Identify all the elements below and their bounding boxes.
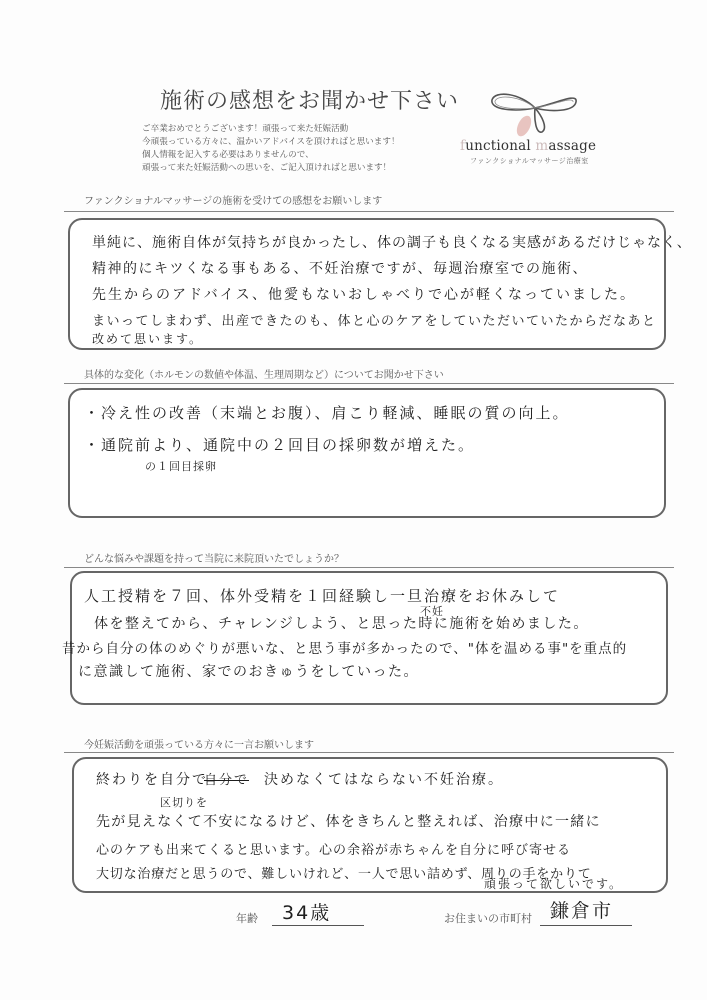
page-title: 施術の感想をお聞かせ下さい <box>160 84 459 115</box>
answer-3-line: に意識して施術、家でのおきゅうをしていった。 <box>78 661 419 681</box>
city-value: 鎌倉市 <box>550 896 613 923</box>
brand-subtitle: ファンクショナルマッサージ治療室 <box>470 156 589 166</box>
divider <box>64 383 674 384</box>
intro-line: 今頑張っている方々に、温かいアドバイスを頂ければと思います！ <box>142 136 482 149</box>
answer-4-line: 心のケアも出来てくると思います。心の余裕が赤ちゃんを自分に呼び寄せる <box>96 839 571 858</box>
answer-1-line: 単純に、施術自体が気持ちが良かったし、体の調子も良くなる実感があるだけじゃなく、 <box>92 232 692 252</box>
wordmark-dim: m <box>535 138 548 154</box>
answer-2-line: ・冷え性の改善（末端とお腹）、肩こり軽減、睡眠の質の向上。 <box>84 402 570 423</box>
age-underline <box>272 925 364 926</box>
answer-1-line: 改めて思います。 <box>92 330 203 347</box>
answer-2-line: ・通院前より、通院中の２回目の採卵数が増えた。 <box>84 434 475 455</box>
answer-box-4: 終わりを自分で 自分で 決めなくてはならない不妊治療。 区切りを 先が見えなくて… <box>72 757 668 893</box>
question-3-label: どんな悩みや課題を持って当院に来院頂いたでしょうか？ <box>84 550 344 565</box>
intro-line: ご卒業おめでとうございます！頑張って来た妊娠活動 <box>142 123 482 136</box>
answer-3-line: 体を整えてから、チャレンジしよう、と思った時に施術を始めました。 <box>94 613 589 633</box>
question-4-label: 今妊娠活動を頑張っている方々に一言お願いします <box>84 736 314 751</box>
divider <box>64 567 674 568</box>
answer-box-1: 単純に、施術自体が気持ちが良かったし、体の調子も良くなる実感があるだけじゃなく、… <box>68 218 666 350</box>
question-2-label: 具体的な変化（ホルモンの数値や体温、生理周期など）についてお聞かせ下さい <box>84 366 444 381</box>
answer-box-3: 人工授精を７回、体外受精を１回経験し一旦治療をお休みして 不妊 体を整えてから、… <box>70 571 668 705</box>
answer-4-insertion: 区切りを <box>160 794 208 810</box>
answer-box-2: ・冷え性の改善（末端とお腹）、肩こり軽減、睡眠の質の向上。 ・通院前より、通院中… <box>68 388 666 518</box>
brand-wordmark: functional massage <box>460 138 596 154</box>
answer-4-strikethrough: 自分で <box>204 769 249 788</box>
answer-3-line: 昔から自分の体のめぐりが悪いな、と思う事が多かったので、"体を温める事"を重点的 <box>62 637 627 657</box>
wordmark-end: assage <box>548 138 596 154</box>
intro-line: 個人情報を記入する必要はありませんので、 <box>142 149 482 162</box>
divider <box>64 752 674 753</box>
answer-2-insertion: の１回目採卵 <box>145 458 217 474</box>
divider <box>64 211 674 212</box>
answer-1-line: 先生からのアドバイス、他愛もないおしゃべりで心が軽くなっていました。 <box>92 284 636 304</box>
brand-logo: functional massage ファンクショナルマッサージ治療室 <box>460 88 630 168</box>
answer-3-line: 人工授精を７回、体外受精を１回経験し一旦治療をお休みして <box>84 585 560 606</box>
intro-line: 頑張って来た妊娠活動への思いを、ご記入頂ければと思います！ <box>142 162 482 175</box>
city-underline <box>540 925 632 926</box>
ribbon-logo-icon <box>480 88 590 138</box>
questionnaire-page: 施術の感想をお聞かせ下さい ご卒業おめでとうございます！頑張って来た妊娠活動 今… <box>0 0 707 1000</box>
age-value: 34歳 <box>282 898 331 925</box>
answer-4-line: 先が見えなくて不安になるけど、体をきちんと整えれば、治療中に一緒に <box>96 811 601 831</box>
answer-1-line: まいってしまわず、出産できたのも、体と心のケアをしていただいていたからだなあと <box>92 310 656 329</box>
answer-1-line: 精神的にキツくなる事もある、不妊治療ですが、毎週治療室での施術、 <box>92 258 588 278</box>
question-1-label: ファンクショナルマッサージの施術を受けての感想をお願いします <box>84 192 382 207</box>
answer-4-line: 頑張って欲しいです。 <box>484 875 623 892</box>
answer-4-line: 終わりを自分で <box>96 769 208 789</box>
wordmark-main: unctional <box>465 138 535 154</box>
age-label: 年齢 <box>236 910 258 926</box>
intro-text: ご卒業おめでとうございます！頑張って来た妊娠活動 今頑張っている方々に、温かいア… <box>142 123 482 175</box>
answer-4-line: 決めなくてはならない不妊治療。 <box>264 769 504 789</box>
city-label: お住まいの市町村 <box>444 910 532 926</box>
